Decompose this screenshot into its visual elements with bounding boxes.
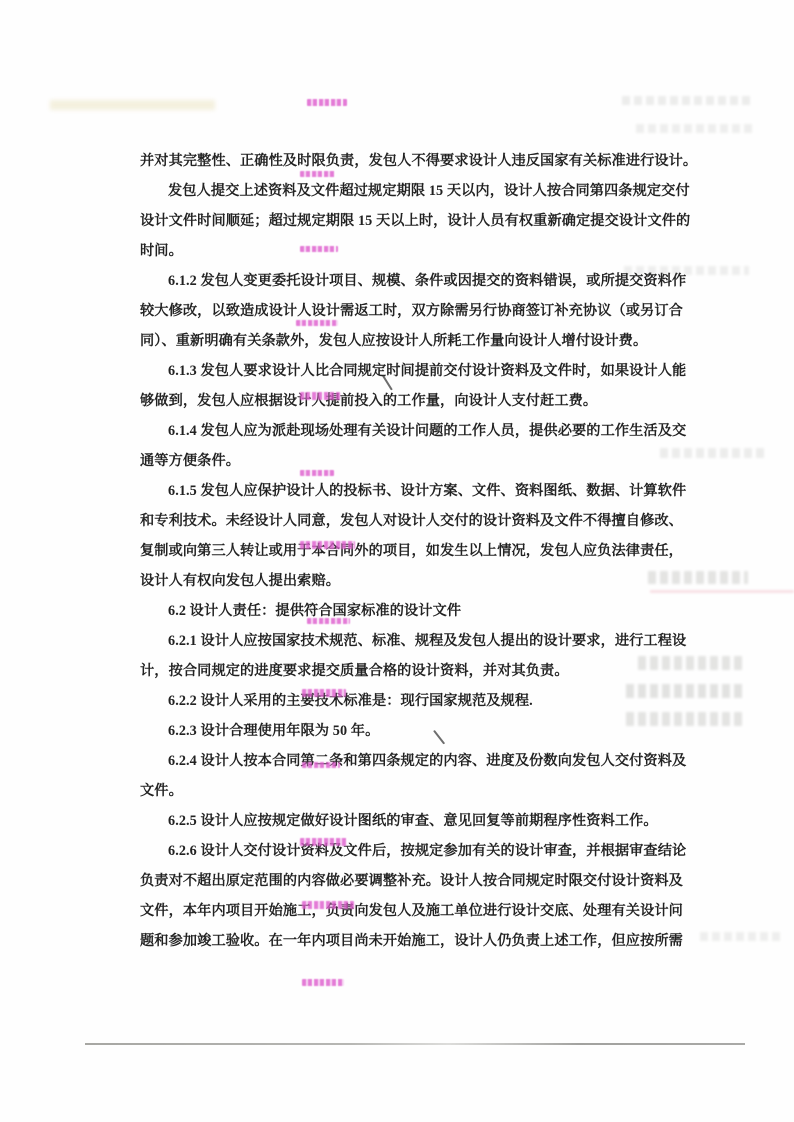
contract-text-line: 6.2.5 设计人应按规定做好设计图纸的审查、意见回复等前期程序性资料工作。	[140, 806, 700, 836]
bleed-through-ghost-text	[622, 96, 752, 105]
faint-yellow-smudge-artifact	[50, 100, 215, 110]
bleed-through-ghost-text	[636, 124, 756, 133]
contract-text-block: 并对其完整性、正确性及时限负责，发包人不得要求设计人违反国家有关标准进行设计。发…	[140, 146, 700, 956]
contract-text-line: 通等方便条件。	[140, 446, 700, 476]
pink-scan-mark-artifact	[307, 99, 347, 106]
pink-scan-mark-artifact	[302, 979, 344, 986]
horizontal-scan-line-artifact	[85, 1043, 745, 1045]
contract-text-line: 够做到，发包人应根据设计人提前投入的工作量，向设计人支付赶工费。	[140, 386, 700, 416]
contract-text-line: 文件。	[140, 776, 700, 806]
contract-text-line: 复制或向第三人转让或用于本合同外的项目，如发生以上情况，发包人应负法律责任，	[140, 536, 700, 566]
bleed-through-ghost-text	[700, 932, 780, 941]
contract-text-line: 时间。	[140, 236, 700, 266]
contract-text-line: 6.1.2 发包人变更委托设计项目、规模、条件或因提交的资料错误，或所提交资料作	[140, 266, 700, 296]
contract-text-line: 同）、重新明确有关条款外，发包人应按设计人所耗工作量向设计人增付设计费。	[140, 326, 700, 356]
contract-text-line: 6.2.3 设计合理使用年限为 50 年。	[140, 716, 700, 746]
contract-text-line: 发包人提交上述资料及文件超过规定期限 15 天以内，设计人按合同第四条规定交付	[140, 176, 700, 206]
contract-text-line: 6.2.6 设计人交付设计资料及文件后，按规定参加有关的设计审查，并根据审查结论	[140, 836, 700, 866]
contract-text-line: 6.1.4 发包人应为派赴现场处理有关设计问题的工作人员，提供必要的工作生活及交	[140, 416, 700, 446]
contract-text-line: 6.2 设计人责任：提供符合国家标准的设计文件	[140, 596, 700, 626]
contract-text-line: 文件，本年内项目开始施工，负责向发包人及施工单位进行设计交底、处理有关设计问	[140, 896, 700, 926]
contract-text-line: 题和参加竣工验收。在一年内项目尚未开始施工，设计人仍负责上述工作，但应按所需	[140, 926, 700, 956]
contract-text-line: 6.2.4 设计人按本合同第二条和第四条规定的内容、进度及份数向发包人交付资料及	[140, 746, 700, 776]
contract-text-line: 6.2.2 设计人采用的主要技术标准是：现行国家规范及规程.	[140, 686, 700, 716]
contract-text-line: 设计文件时间顺延；超过规定期限 15 天以上时，设计人员有权重新确定提交设计文件…	[140, 206, 700, 236]
contract-text-line: 负责对不超出原定范围的内容做必要调整补充。设计人按合同规定时限交付设计资料及	[140, 866, 700, 896]
contract-text-line: 和专利技术。未经设计人同意，发包人对设计人交付的设计资料及文件不得擅自修改、	[140, 506, 700, 536]
contract-text-line: 设计人有权向发包人提出索赔。	[140, 566, 700, 596]
contract-text-line: 较大修改，以致造成设计人设计需返工时，双方除需另行协商签订补充协议（或另订合	[140, 296, 700, 326]
scanned-document-page: 并对其完整性、正确性及时限负责，发包人不得要求设计人违反国家有关标准进行设计。发…	[0, 0, 794, 1122]
contract-text-line: 6.1.5 发包人应保护设计人的投标书、设计方案、文件、资料图纸、数据、计算软件	[140, 476, 700, 506]
contract-text-line: 并对其完整性、正确性及时限负责，发包人不得要求设计人违反国家有关标准进行设计。	[140, 146, 700, 176]
contract-text-line: 6.2.1 设计人应按国家技术规范、标准、规程及发包人提出的设计要求，进行工程设	[140, 626, 700, 656]
contract-text-line: 6.1.3 发包人要求设计人比合同规定时间提前交付设计资料及文件时，如果设计人能	[140, 356, 700, 386]
contract-text-line: 计，按合同规定的进度要求提交质量合格的设计资料，并对其负责。	[140, 656, 700, 686]
